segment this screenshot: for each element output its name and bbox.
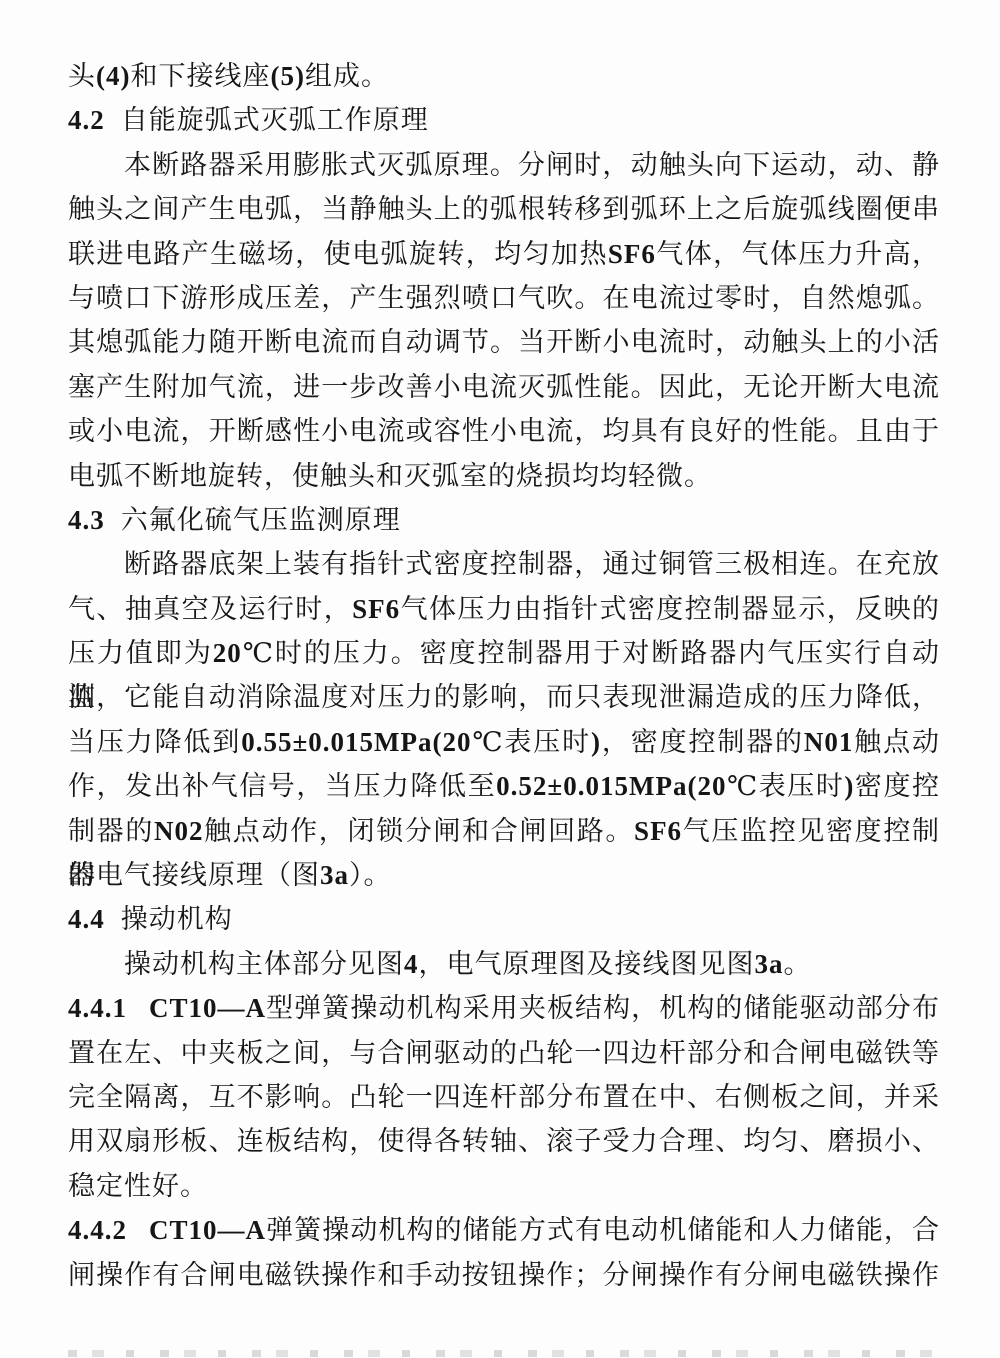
text-segment: 或小电流，开断感性小电流或容性小电流，均具有良好的性能。且由于 [68,416,940,446]
text-segment: N01 [804,727,854,757]
text-segment: 完全隔离，互不影响。凸轮一四连杆部分布置在中、右侧板之间，并采 [68,1082,940,1112]
text-segment: ）。 [349,860,392,890]
text-segment: 六氟化硫气压监测原理 [121,505,401,535]
text-segment: ，电气原理图及接线图见图 [419,949,755,979]
text-segment: ) [844,771,854,801]
text-line: 本断路器采用膨胀式灭弧原理。分闸时，动触头向下运动，动、静 [68,143,940,187]
text-segment: 3a [320,860,349,890]
text-line: 触头之间产生电弧，当静触头上的弧根转移到弧环上之后旋弧线圈便串 [68,187,940,231]
text-segment: ℃表压时 [471,727,591,757]
text-segment: 气体压力由指针式密度控制器显示，反映的 [400,594,940,624]
text-segment: (5) [270,61,304,91]
text-line: 测，它能自动消除温度对压力的影响，而只表现泄漏造成的压力降低， [68,675,940,719]
text-segment: 0.55±0.015MPa(20 [241,727,471,757]
text-segment: 联进电路产生磁场，使电弧旋转，均匀加热 [68,239,608,269]
text-line: 置在左、中夹板之间，与合闸驱动的凸轮一四边杆部分和合闸电磁铁等 [68,1031,940,1075]
text-line: 制器的N02触点动作，闭锁分闸和合闸回路。SF6气压监控见密度控制器 [68,809,940,853]
text-segment: 触点动 [853,727,940,757]
text-line: 作，发出补气信号，当压力降低至0.52±0.015MPa(20℃表压时)密度控 [68,764,940,808]
text-segment: 4 [404,949,419,979]
text-segment: 4.3 [68,505,105,535]
text-segment: 置在左、中夹板之间，与合闸驱动的凸轮一四边杆部分和合闸电磁铁等 [68,1038,940,1068]
text-segment: 0.52±0.015MPa(20 [496,771,726,801]
text-line: 气、抽真空及运行时，SF6气体压力由指针式密度控制器显示，反映的 [68,587,940,631]
text-line: 电弧不断地旋转，使触头和灭弧室的烧损均均轻微。 [68,454,940,498]
text-segment: 其熄弧能力随开断电流而自动调节。当开断小电流时，动触头上的小活 [68,327,940,357]
text-segment: 3a [755,949,784,979]
text-segment: 断路器底架上装有指针式密度控制器，通过铜管三极相连。在充放 [124,549,940,579]
text-segment: 当压力降低到 [68,727,241,757]
text-segment: 与喷口下游形成压差，产生强烈喷口气吹。在电流过零时，自然熄弧。 [68,283,940,313]
text-segment: 20 [213,638,242,668]
text-segment: 稳定性好。 [68,1171,208,1201]
text-line: 完全隔离，互不影响。凸轮一四连杆部分布置在中、右侧板之间，并采 [68,1075,940,1119]
text-line: 当压力降低到0.55±0.015MPa(20℃表压时)，密度控制器的N01触点动 [68,720,940,764]
text-segment: 气体，气体压力升高， [656,239,940,269]
text-line: 塞产生附加气流，进一步改善小电流灭弧性能。因此，无论开断大电流 [68,365,940,409]
text-line: 联进电路产生磁场，使电弧旋转，均匀加热SF6气体，气体压力升高， [68,232,940,276]
text-segment: CT10—A [149,993,266,1023]
text-segment: 型弹簧操动机构采用夹板结构，机构的储能驱动部分布 [266,993,940,1023]
text-segment: 本断路器采用膨胀式灭弧原理。分闸时，动触头向下运动，动、静 [124,150,940,180]
text-segment: SF6 [608,239,656,269]
text-segment: SF6 [352,594,400,624]
text-line: 4.4.2CT10—A弹簧操动机构的储能方式有电动机储能和人力储能，合 [68,1208,940,1252]
text-segment: 作，发出补气信号，当压力降低至 [68,771,496,801]
heading-line: 4.2自能旋弧式灭弧工作原理 [68,98,940,142]
text-segment: 组成。 [305,61,389,91]
text-line: 其熄弧能力随开断电流而自动调节。当开断小电流时，动触头上的小活 [68,320,940,364]
text-segment: 测，它能自动消除温度对压力的影响，而只表现泄漏造成的压力降低， [68,682,940,712]
text-segment: 触头之间产生电弧，当静触头上的弧根转移到弧环上之后旋弧线圈便串 [68,194,940,224]
text-segment: 4.4 [68,904,105,934]
text-segment: 密度控 [854,771,940,801]
text-line: 4.4.1CT10—A型弹簧操动机构采用夹板结构，机构的储能驱动部分布 [68,986,940,1030]
text-segment: 电弧不断地旋转，使触头和灭弧室的烧损均均轻微。 [68,461,712,491]
text-segment: 闸操作有合闸电磁铁操作和手动按钮操作；分闸操作有分闸电磁铁操作 [68,1260,940,1290]
heading-line: 4.4操动机构 [68,897,940,941]
cutoff-text-remnant [68,1350,940,1357]
text-segment: N02 [154,816,204,846]
text-segment: 压力值即为 [68,638,213,668]
text-line: 闸操作有合闸电磁铁操作和手动按钮操作；分闸操作有分闸电磁铁操作 [68,1253,940,1297]
text-segment: 自能旋弧式灭弧工作原理 [121,105,429,135]
text-segment: ℃表压时 [726,771,844,801]
text-segment: 触点动作，闭锁分闸和合闸回路。 [203,816,634,846]
text-line: 操动机构主体部分见图4，电气原理图及接线图见图3a。 [68,942,940,986]
text-segment: 头 [68,61,96,91]
text-segment: ，密度控制器的 [601,727,804,757]
document-page: 头(4)和下接线座(5)组成。4.2自能旋弧式灭弧工作原理本断路器采用膨胀式灭弧… [0,0,1000,1358]
text-segment: 。 [784,949,812,979]
text-segment: 和下接线座 [130,61,270,91]
text-segment: 塞产生附加气流，进一步改善小电流灭弧性能。因此，无论开断大电流 [68,372,940,402]
text-segment: SF6 [634,816,682,846]
text-segment: 用双扇形板、连板结构，使得各转轴、滚子受力合理、均匀、磨损小、 [68,1126,940,1156]
text-segment: CT10—A [149,1215,266,1245]
text-segment: (4) [96,61,130,91]
text-segment: 操动机构 [121,904,233,934]
text-segment: 4.4.1 [68,993,127,1023]
text-line: 稳定性好。 [68,1164,940,1208]
document-lines: 头(4)和下接线座(5)组成。4.2自能旋弧式灭弧工作原理本断路器采用膨胀式灭弧… [68,54,940,1297]
text-segment: 4.4.2 [68,1215,127,1245]
heading-line: 4.3六氟化硫气压监测原理 [68,498,940,542]
text-line: 用双扇形板、连板结构，使得各转轴、滚子受力合理、均匀、磨损小、 [68,1119,940,1163]
text-segment: 制器的 [68,816,154,846]
text-segment: 气、抽真空及运行时， [68,594,352,624]
text-line: 的电气接线原理（图3a）。 [68,853,940,897]
text-segment: 的电气接线原理（图 [68,860,320,890]
text-line: 头(4)和下接线座(5)组成。 [68,54,940,98]
text-segment: 4.2 [68,105,105,135]
text-line: 压力值即为20℃时的压力。密度控制器用于对断路器内气压实行自动监 [68,631,940,675]
text-line: 与喷口下游形成压差，产生强烈喷口气吹。在电流过零时，自然熄弧。 [68,276,940,320]
text-line: 或小电流，开断感性小电流或容性小电流，均具有良好的性能。且由于 [68,409,940,453]
text-segment: 操动机构主体部分见图 [124,949,404,979]
text-segment: ) [591,727,601,757]
text-segment: 弹簧操动机构的储能方式有电动机储能和人力储能，合 [266,1215,940,1245]
text-line: 断路器底架上装有指针式密度控制器，通过铜管三极相连。在充放 [68,542,940,586]
